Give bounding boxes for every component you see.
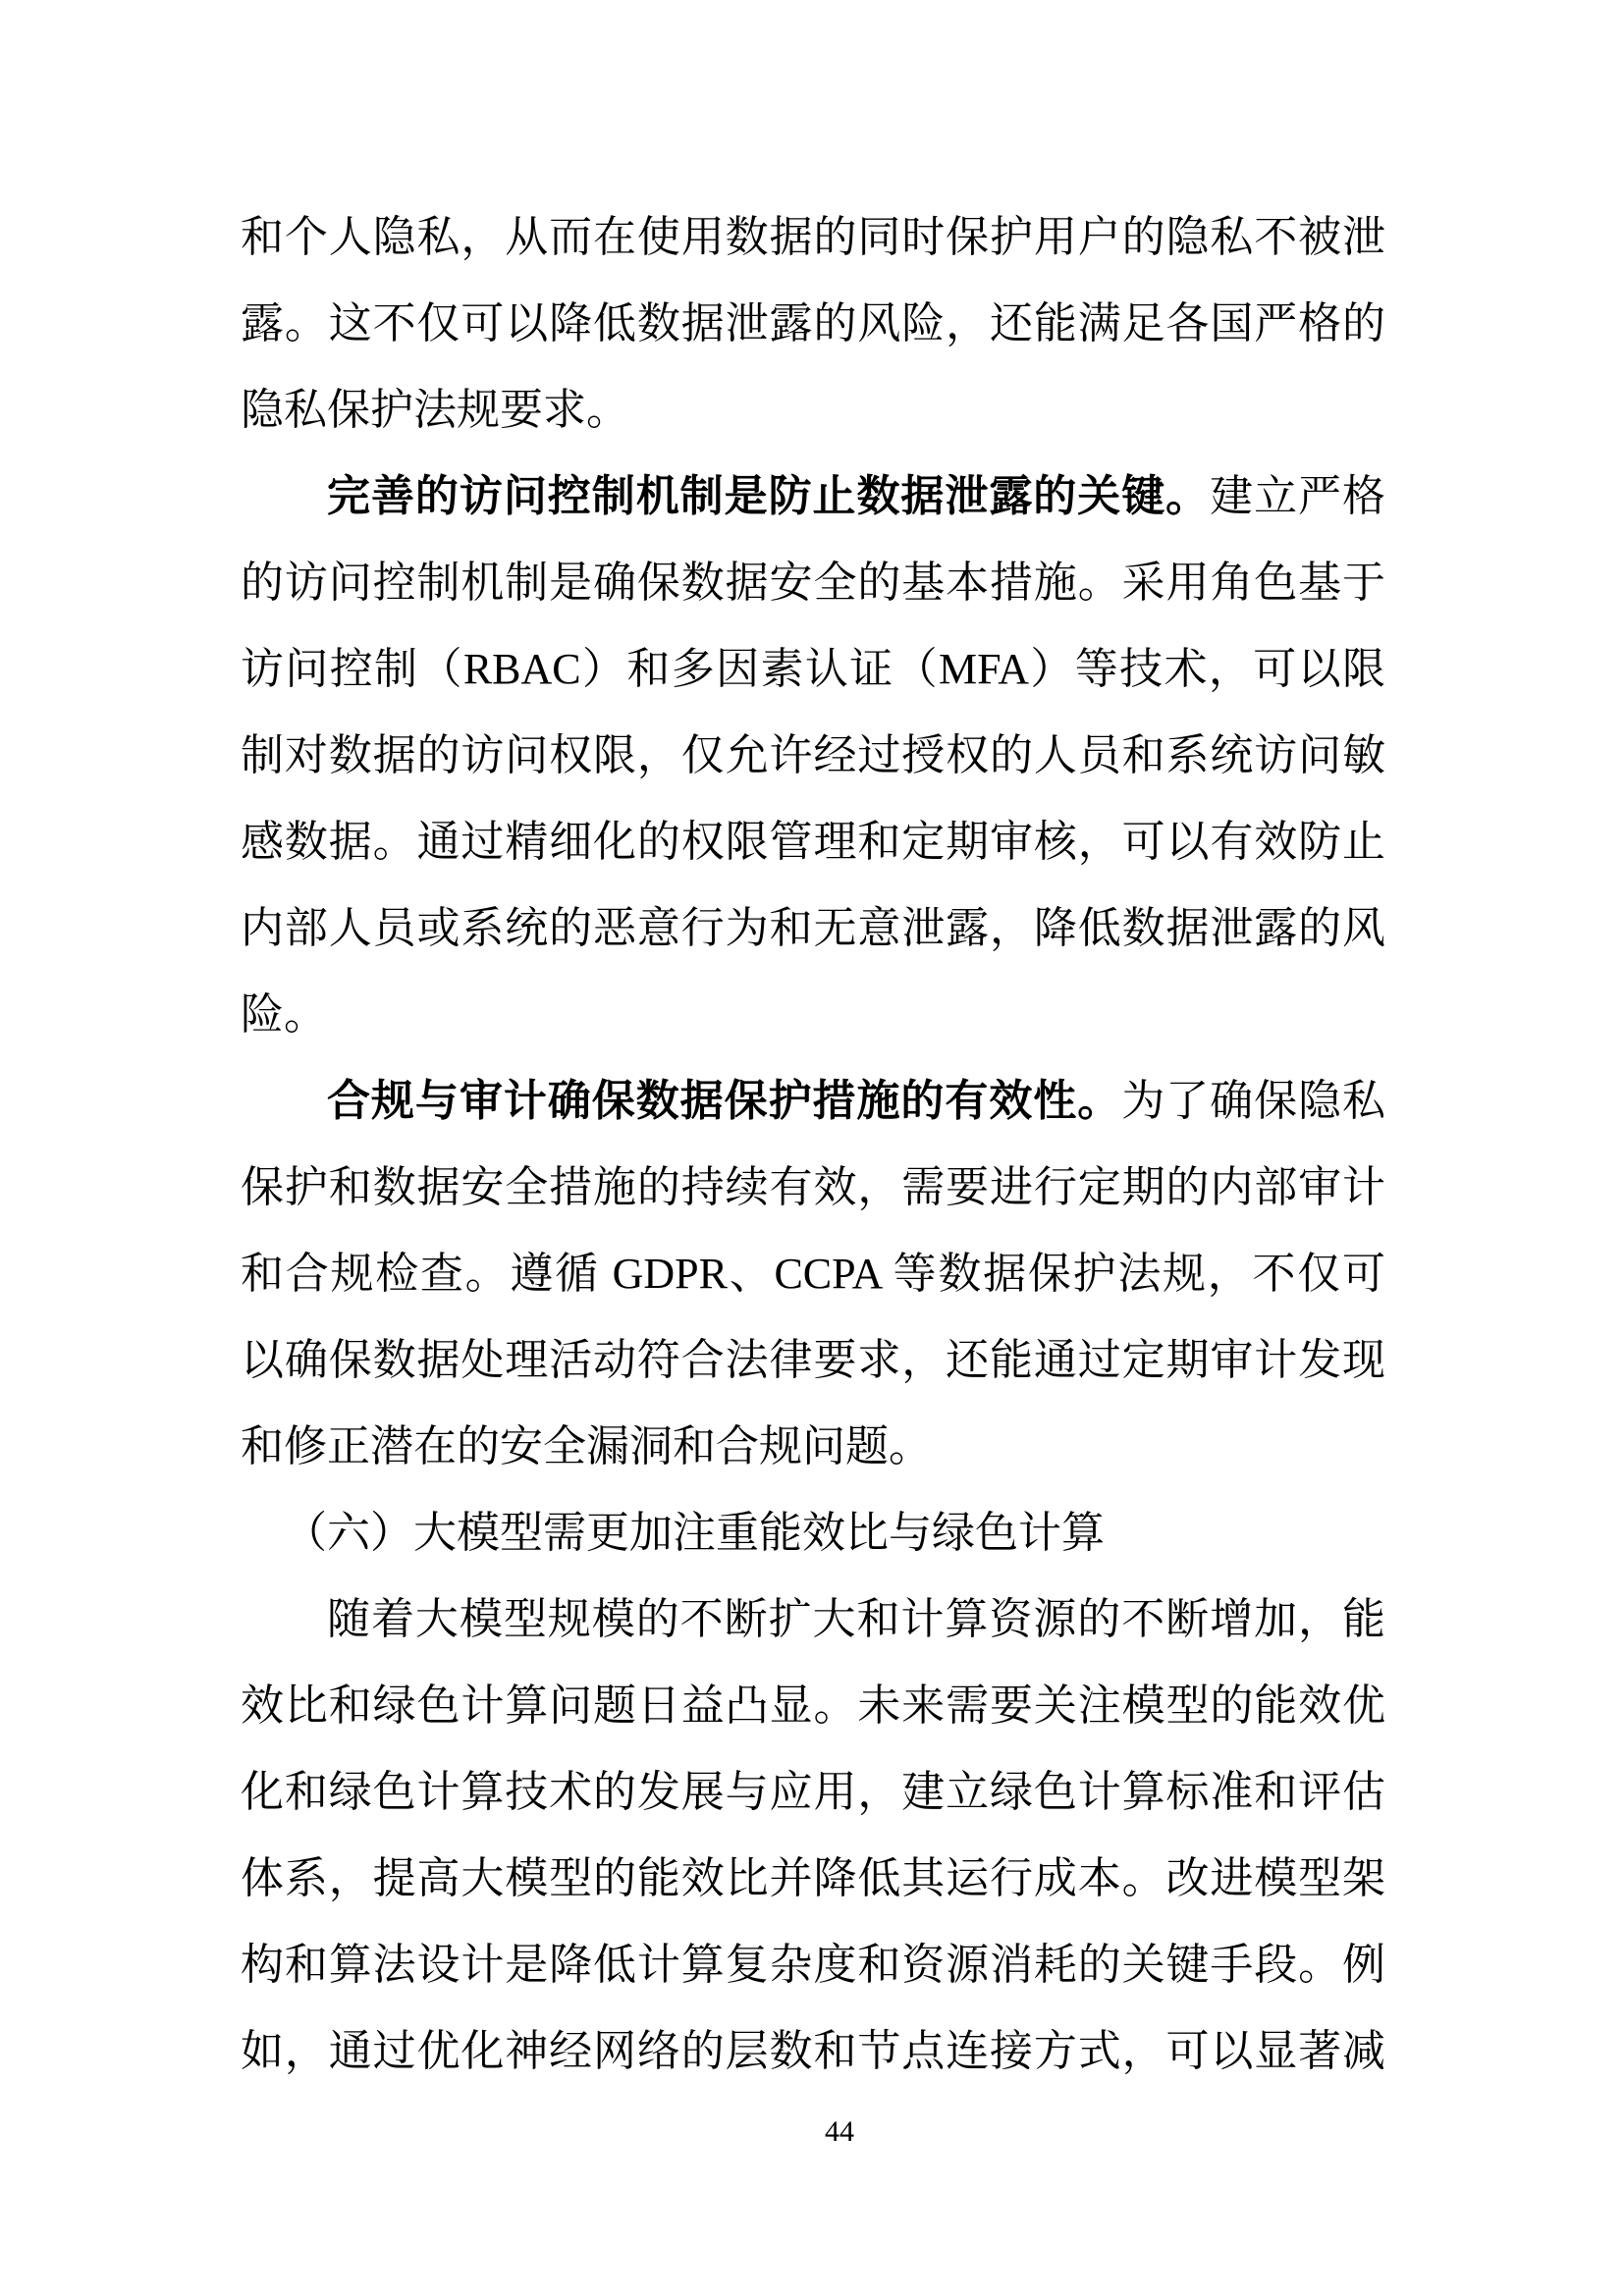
section-heading: （六）大模型需更加注重能效比与绿色计算 [241,1490,1385,1576]
text-line: 制对数据的访问权限，仅允许经过授权的人员和系统访问敏 [241,713,1385,799]
text-line: 体系，提高大模型的能效比并降低其运行成本。改进模型架 [241,1836,1385,1922]
text-line: 构和算法设计是降低计算复杂度和资源消耗的关键手段。例 [241,1922,1385,2008]
text-line: 访问控制（RBAC）和多因素认证（MFA）等技术，可以限 [241,626,1385,713]
text-line paragraph-end-line: 和修正潜在的安全漏洞和合规问题。 [241,1404,1385,1490]
text-line: 以确保数据处理活动符合法律要求，还能通过定期审计发现 [241,1317,1385,1404]
bold-run: 合规与审计确保数据保护措施的有效性。 [327,1077,1121,1125]
text-run: 为了确保隐私 [1121,1077,1385,1125]
page-number: 44 [731,2112,947,2152]
text-line paragraph-end-line: 隐私保护法规要求。 [241,367,1385,454]
text-line paragraph-end-line: 险。 [241,972,1385,1058]
text-line: 效比和绿色计算问题日益凸显。未来需要关注模型的能效优 [241,1663,1385,1749]
text-line: 保护和数据安全措施的持续有效，需要进行定期的内部审计 [241,1145,1385,1231]
text-line: 感数据。通过精细化的权限管理和定期审核，可以有效防止 [241,799,1385,885]
paragraph-lead-line: 合规与审计确保数据保护措施的有效性。为了确保隐私 [241,1058,1385,1145]
bold-run: 完善的访问控制机制是防止数据泄露的关键。 [327,472,1210,520]
text-line: 露。这不仅可以降低数据泄露的风险，还能满足各国严格的 [241,281,1385,367]
text-line: 如，通过优化神经网络的层数和节点连接方式，可以显著减 [241,2008,1385,2095]
body-text-block: 和个人隐私，从而在使用数据的同时保护用户的隐私不被泄 露。这不仅可以降低数据泄露… [241,194,1385,2095]
text-line: 和个人隐私，从而在使用数据的同时保护用户的隐私不被泄 [241,194,1385,281]
paragraph-lead-line: 完善的访问控制机制是防止数据泄露的关键。建立严格 [241,454,1385,540]
paragraph-lead-line: 随着大模型规模的不断扩大和计算资源的不断增加，能 [241,1576,1385,1663]
text-line: 和合规检查。遵循 GDPR、CCPA 等数据保护法规，不仅可 [241,1231,1385,1317]
text-line: 化和绿色计算技术的发展与应用，建立绿色计算标准和评估 [241,1749,1385,1836]
document-page: 和个人隐私，从而在使用数据的同时保护用户的隐私不被泄 露。这不仅可以降低数据泄露… [0,0,1624,2296]
text-line: 内部人员或系统的恶意行为和无意泄露，降低数据泄露的风 [241,885,1385,972]
text-line: 的访问控制机制是确保数据安全的基本措施。采用角色基于 [241,540,1385,626]
text-run: 建立严格 [1210,472,1385,520]
